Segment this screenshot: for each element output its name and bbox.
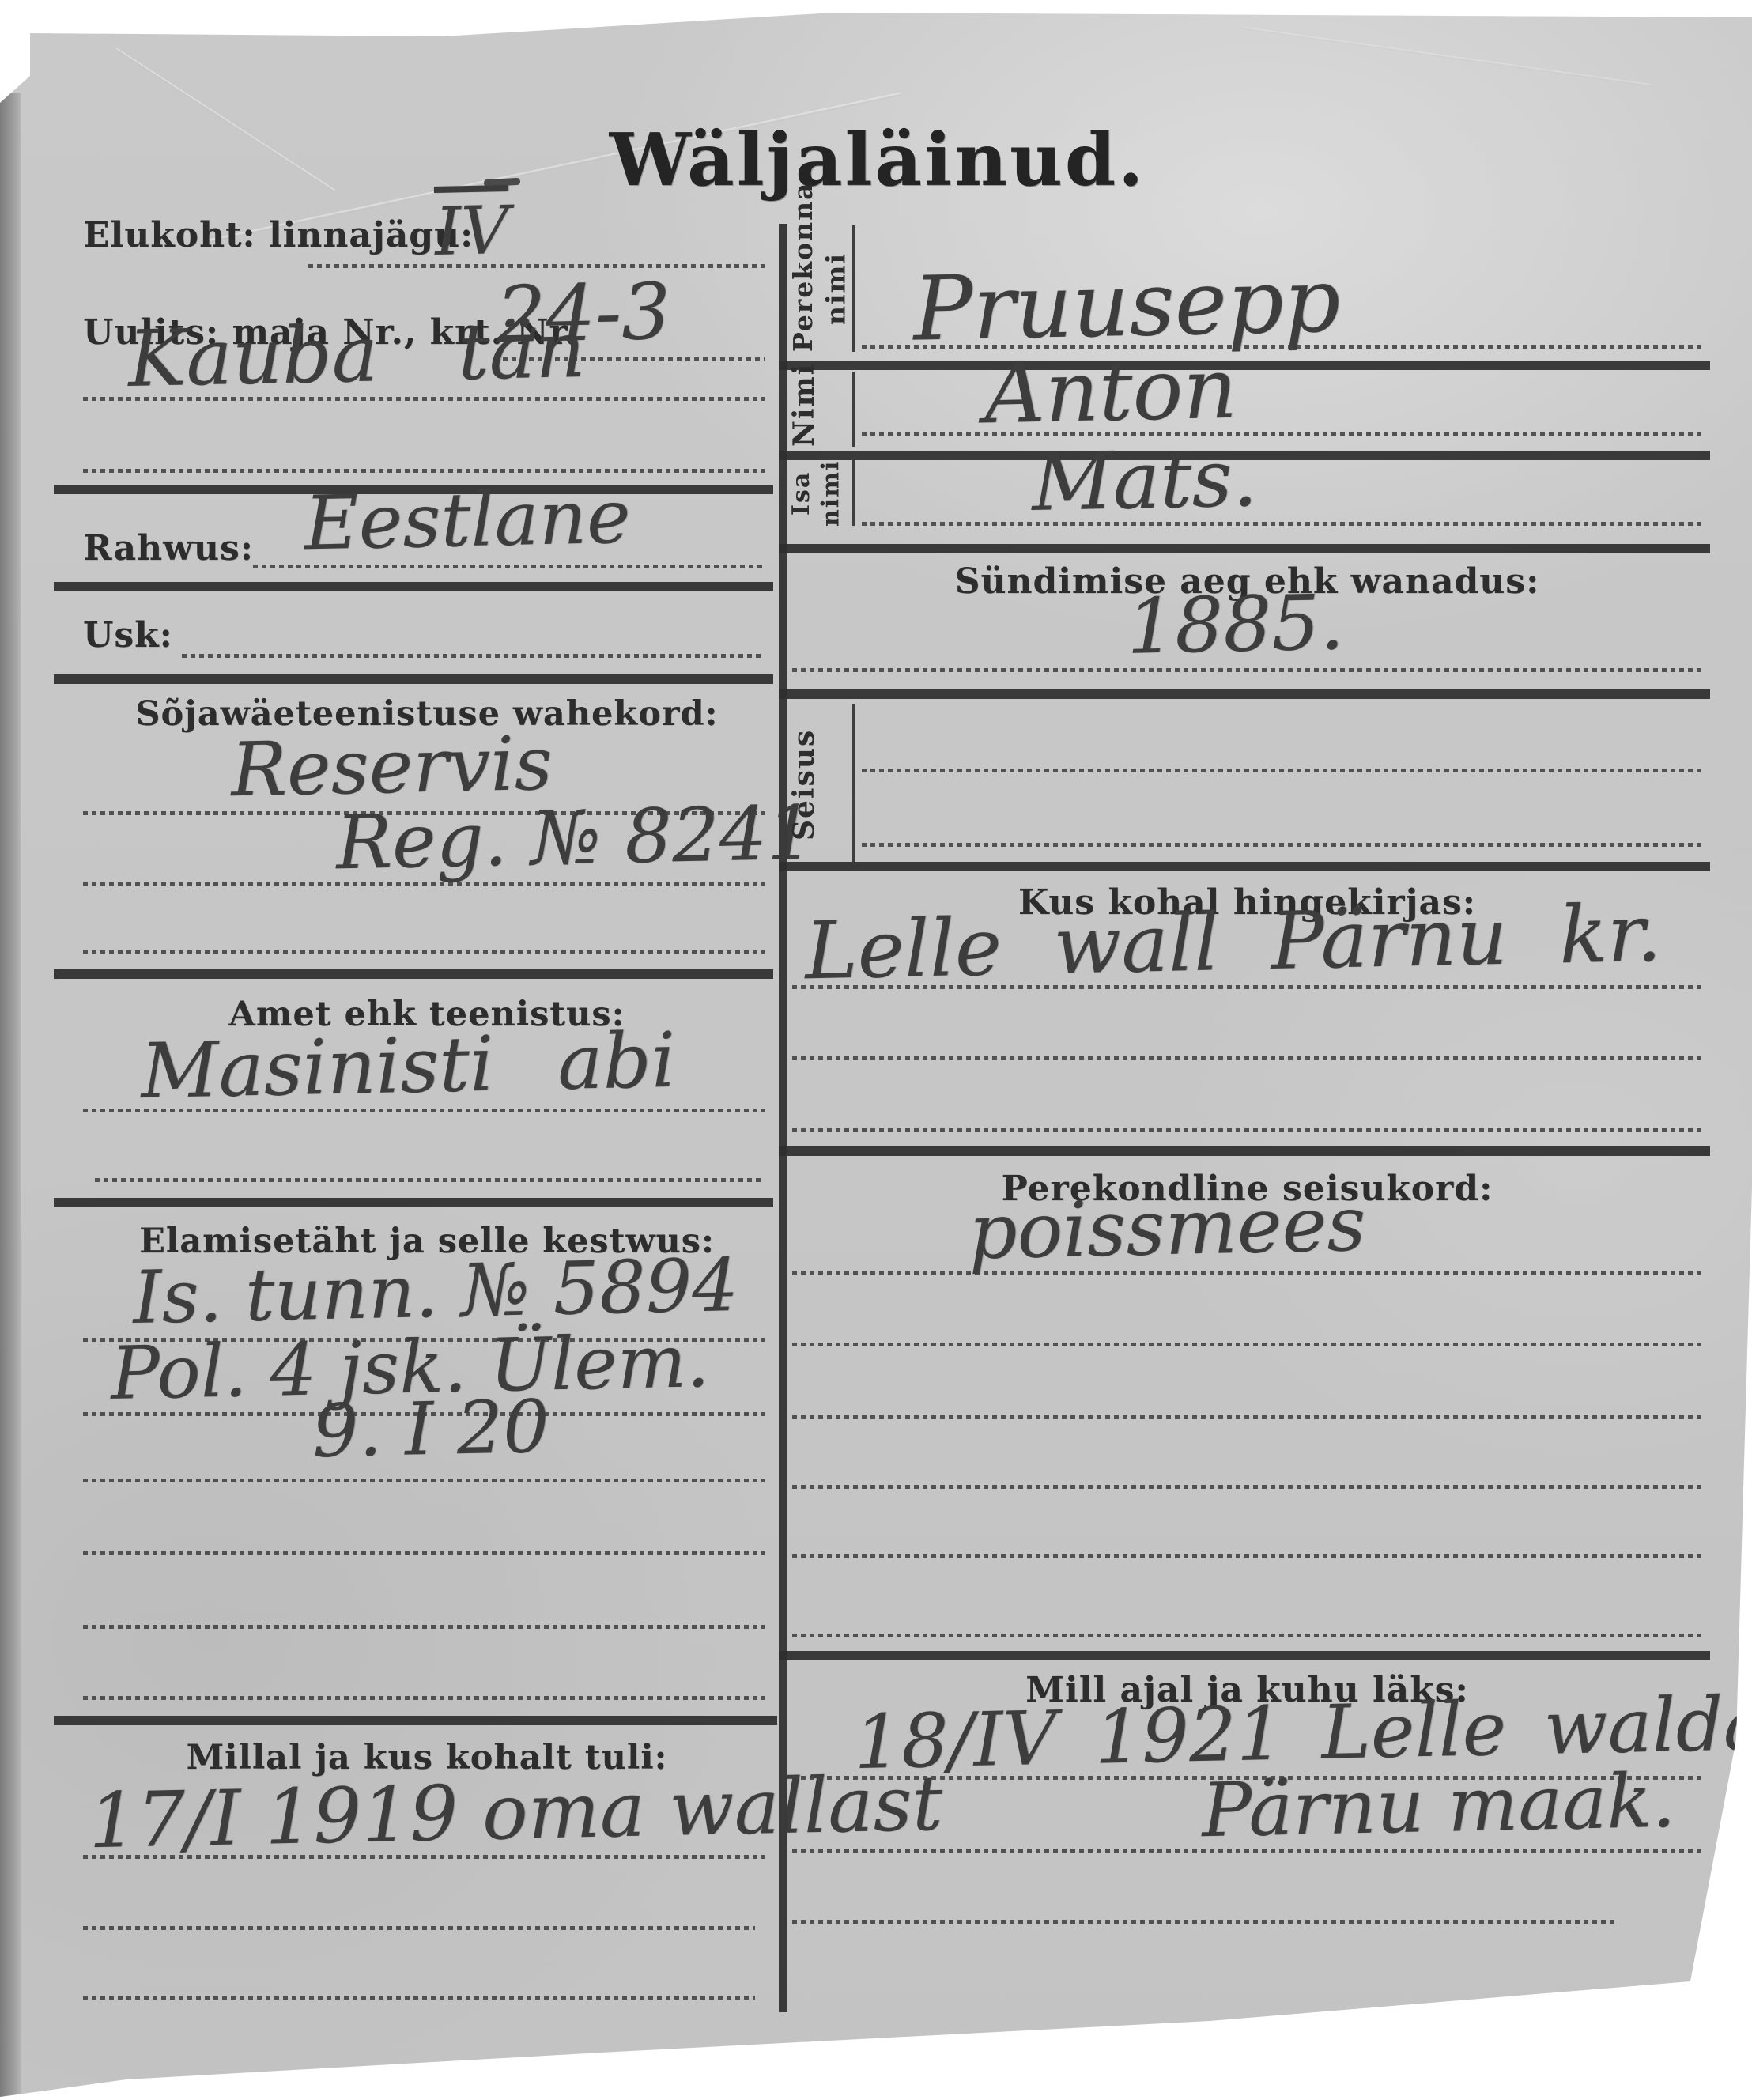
father-name-label-line1: Isa bbox=[787, 459, 817, 528]
dotted-writing-line bbox=[83, 882, 765, 886]
dotted-writing-line bbox=[792, 1343, 1701, 1346]
surname-label: Perekonna nimi bbox=[787, 225, 855, 352]
dotted-writing-line bbox=[83, 1551, 765, 1555]
nationality-value-handwriting: Eestlane bbox=[304, 481, 631, 562]
dotted-writing-line bbox=[83, 1696, 765, 1700]
label-separator-line bbox=[852, 225, 855, 352]
section-divider-rule bbox=[779, 862, 1710, 871]
dotted-writing-line bbox=[95, 1178, 765, 1182]
section-divider-rule bbox=[54, 1198, 773, 1207]
residence-label: Elukoht: linnajägu: bbox=[83, 215, 474, 255]
first-name-value-handwriting: Anton bbox=[984, 347, 1238, 436]
section-divider-rule bbox=[779, 689, 1710, 699]
father-name-label-line2: nimi bbox=[817, 459, 847, 528]
dotted-writing-line bbox=[83, 469, 765, 473]
paper-left-edge-shadow bbox=[0, 93, 21, 2097]
birth-value-handwriting: 1885. bbox=[1126, 584, 1345, 665]
section-divider-rule bbox=[779, 361, 1710, 370]
religion-label: Usk: bbox=[83, 615, 173, 655]
military-line2-handwriting: Reg. № 8241 bbox=[335, 797, 814, 882]
surname-label-line1: Perekonna bbox=[787, 225, 819, 352]
status-label-text: Seisus bbox=[787, 708, 822, 862]
dotted-writing-line bbox=[862, 432, 1701, 436]
dotted-writing-line bbox=[792, 1485, 1701, 1489]
section-divider-rule bbox=[779, 544, 1710, 553]
dotted-writing-line bbox=[792, 1415, 1701, 1419]
surname-label-line2: nimi bbox=[819, 225, 851, 352]
dotted-writing-line bbox=[308, 264, 765, 268]
first-name-label: Nimi bbox=[787, 372, 855, 447]
section-divider-rule bbox=[779, 1651, 1710, 1660]
label-separator-line bbox=[852, 372, 855, 447]
nationality-label: Rahwus: bbox=[83, 528, 254, 568]
dotted-writing-line bbox=[792, 1634, 1701, 1637]
dotted-writing-line bbox=[792, 1271, 1701, 1275]
street-name-handwriting: Kauba tän bbox=[127, 312, 586, 398]
departure-line2-handwriting: Pärnu maak. bbox=[1201, 1765, 1676, 1849]
status-label: Seisus bbox=[787, 708, 855, 862]
dotted-writing-line bbox=[83, 397, 765, 401]
dotted-writing-line bbox=[253, 565, 765, 568]
dotted-writing-line bbox=[792, 668, 1701, 672]
section-divider-rule bbox=[54, 582, 773, 591]
occupation-value-handwriting: Masinisti abi bbox=[140, 1022, 676, 1109]
dotted-writing-line bbox=[792, 1554, 1701, 1558]
dotted-writing-line bbox=[83, 950, 765, 954]
dotted-writing-line bbox=[862, 522, 1701, 526]
permit-line3-handwriting: 9. I 20 bbox=[312, 1391, 550, 1468]
family-status-value-handwriting: poissmees bbox=[968, 1186, 1366, 1271]
registry-value-handwriting: Lelle wall Pärnu kr. bbox=[804, 894, 1662, 991]
dotted-writing-line bbox=[83, 1855, 765, 1859]
residence-value-handwriting: IV bbox=[434, 197, 510, 265]
paper-crease bbox=[115, 47, 335, 191]
dotted-writing-line bbox=[792, 1849, 1701, 1853]
surname-value-handwriting: Pruusepp bbox=[912, 256, 1342, 353]
dotted-writing-line bbox=[792, 1128, 1701, 1132]
dotted-writing-line bbox=[862, 843, 1701, 847]
father-name-value-handwriting: Mats. bbox=[1031, 439, 1258, 523]
dotted-writing-line bbox=[792, 985, 1701, 989]
paper-crease bbox=[1243, 27, 1650, 86]
section-divider-rule bbox=[54, 674, 773, 684]
label-separator-line bbox=[852, 459, 855, 526]
dotted-writing-line bbox=[83, 1479, 765, 1482]
section-divider-rule bbox=[779, 1146, 1710, 1156]
pen-dash-mark bbox=[484, 178, 520, 187]
dotted-writing-line bbox=[83, 1109, 765, 1112]
dotted-writing-line bbox=[182, 654, 765, 658]
section-divider-rule bbox=[54, 969, 773, 979]
dotted-writing-line bbox=[83, 1926, 755, 1930]
section-divider-rule bbox=[54, 1716, 777, 1725]
form-title: Wäljaläinud. bbox=[553, 117, 1202, 202]
dotted-writing-line bbox=[83, 1996, 755, 2000]
label-separator-line bbox=[852, 704, 855, 862]
dotted-writing-line bbox=[792, 1056, 1701, 1060]
first-name-label-text: Nimi bbox=[787, 372, 822, 447]
father-name-label: Isa nimi bbox=[787, 459, 855, 528]
dotted-writing-line bbox=[792, 1920, 1617, 1924]
dotted-writing-line bbox=[83, 1625, 765, 1629]
scanned-form-paper: Wäljaläinud. Elukoht: linnajägu: IV Uuli… bbox=[0, 0, 1752, 2100]
dotted-writing-line bbox=[862, 769, 1701, 772]
